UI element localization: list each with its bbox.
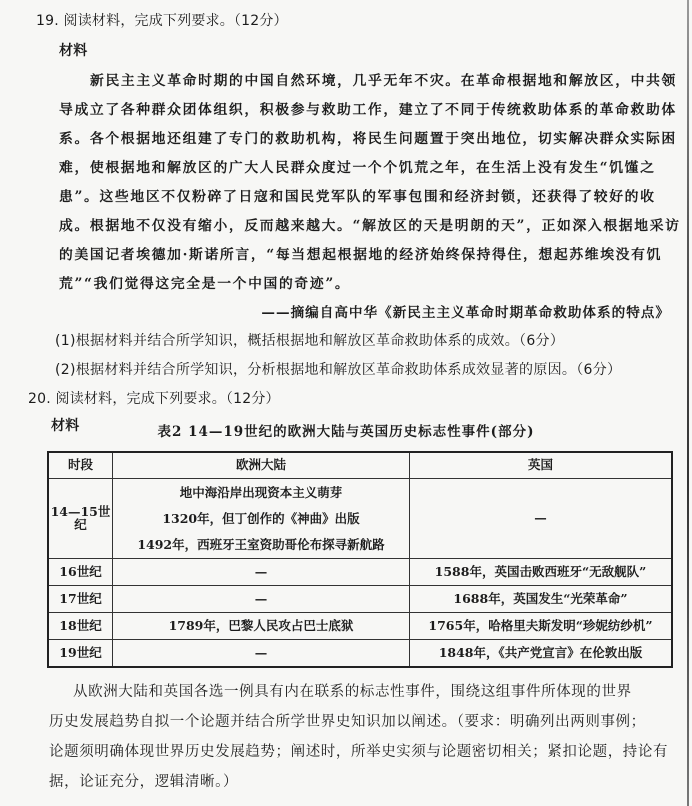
q20-task-line: 历史发展趋势自拟一个论题并结合所学世界史知识加以阐述。（要求：明确列出两则事例； xyxy=(49,710,646,731)
europe-event: 1320年，但丁创作的《神曲》出版 xyxy=(113,506,409,532)
table-header-row: 时段 欧洲大陆 英国 xyxy=(48,452,672,479)
europe-event: 地中海沿岸出现资本主义萌芽 xyxy=(113,480,409,506)
europe-event: 1492年，西班牙王室资助哥伦布探寻新航路 xyxy=(113,532,409,558)
britain-cell: 1765年，哈格里夫斯发明“珍妮纺纱机” xyxy=(410,613,673,640)
q20-heading: 20. 阅读材料，完成下列要求。（12分） xyxy=(28,388,280,408)
q19-paragraph-line: 难，使根据地和解放区的广大人民群众度过一个个饥荒之年，在生活上没有发生“饥馑之 xyxy=(59,156,656,176)
q19-heading: 19. 阅读材料，完成下列要求。（12分） xyxy=(36,10,288,30)
column-header-europe: 欧洲大陆 xyxy=(113,452,410,479)
q20-task-line: 论题须明确体现世界历史发展趋势；阐述时，所举史实须与论题密切相关；紧扣论题，持论… xyxy=(49,740,668,761)
q20-task-line: 据，论证充分，逻辑清晰。） xyxy=(49,770,238,791)
table-row: 17世纪 — 1688年，英国发生“光荣革命” xyxy=(48,586,672,613)
europe-cell: 地中海沿岸出现资本主义萌芽 1320年，但丁创作的《神曲》出版 1492年，西班… xyxy=(113,479,410,559)
europe-cell: — xyxy=(113,640,410,668)
q19-sub-question-1: (1)根据材料并结合所学知识，概括根据地和解放区革命救助体系的成效。（6分） xyxy=(55,330,564,350)
q19-source-citation: ——摘编自高中华《新民主主义革命时期革命救助体系的特点》 xyxy=(261,301,670,321)
period-cell: 14—15世纪 xyxy=(48,479,113,559)
period-cell: 19世纪 xyxy=(48,640,113,668)
period-cell: 16世纪 xyxy=(48,559,113,586)
q19-paragraph-line: 患”。这些地区不仅粉碎了日寇和国民党军队的军事包围和经济封锁，还获得了较好的收 xyxy=(59,185,656,205)
europe-cell: — xyxy=(113,559,410,586)
q19-paragraph-line: 荒”“我们觉得这完全是一个中国的奇迹”。 xyxy=(59,272,350,292)
table-caption: 表2 14—19世纪的欧洲大陆与英国历史标志性事件(部分) xyxy=(0,420,692,440)
table-row: 16世纪 — 1588年，英国击败西班牙“无敌舰队” xyxy=(48,559,672,586)
column-header-britain: 英国 xyxy=(410,452,673,479)
q19-paragraph-line: 新民主主义革命时期的中国自然环境，几乎无年不灾。在革命根据地和解放区，中共领 xyxy=(90,69,677,89)
page-fold-edge xyxy=(687,0,689,806)
table-row: 18世纪 1789年，巴黎人民攻占巴士底狱 1765年，哈格里夫斯发明“珍妮纺纱… xyxy=(48,613,672,640)
q19-material-label: 材料 xyxy=(59,40,87,60)
table-row: 14—15世纪 地中海沿岸出现资本主义萌芽 1320年，但丁创作的《神曲》出版 … xyxy=(48,479,672,559)
historical-events-table: 时段 欧洲大陆 英国 14—15世纪 地中海沿岸出现资本主义萌芽 1320年，但… xyxy=(47,451,673,668)
q19-paragraph-line: 系。各个根据地还组建了专门的救助机构，将民生问题置于突出地位，切实解决群众实际困 xyxy=(59,127,677,147)
britain-cell: 1848年，《共产党宣言》在伦敦出版 xyxy=(410,640,673,668)
britain-cell: — xyxy=(410,479,673,559)
q19-paragraph-line: 的美国记者埃德加·斯诺所言，“每当想起根据地的经济始终保持得住，想起苏维埃没有饥 xyxy=(59,243,662,263)
europe-cell: — xyxy=(113,586,410,613)
column-header-period: 时段 xyxy=(48,452,113,479)
table-row: 19世纪 — 1848年，《共产党宣言》在伦敦出版 xyxy=(48,640,672,668)
britain-cell: 1588年，英国击败西班牙“无敌舰队” xyxy=(410,559,673,586)
q20-task-line: 从欧洲大陆和英国各选一例具有内在联系的标志性事件，围绕这组事件所体现的世界 xyxy=(73,680,632,701)
period-cell: 17世纪 xyxy=(48,586,113,613)
q19-paragraph-line: 成。根据地不仅没有缩小，反而越来越大。“解放区的天是明朗的天”，正如深入根据地采… xyxy=(59,214,681,234)
britain-cell: 1688年，英国发生“光荣革命” xyxy=(410,586,673,613)
europe-cell: 1789年，巴黎人民攻占巴士底狱 xyxy=(113,613,410,640)
q19-sub-question-2: (2)根据材料并结合所学知识，分析根据地和解放区革命救助体系成效显著的原因。（6… xyxy=(55,359,621,379)
q19-paragraph-line: 导成立了各种群众团体组织，积极参与救助工作，建立了不同于传统救助体系的革命救助体 xyxy=(59,98,677,118)
period-cell: 18世纪 xyxy=(48,613,113,640)
